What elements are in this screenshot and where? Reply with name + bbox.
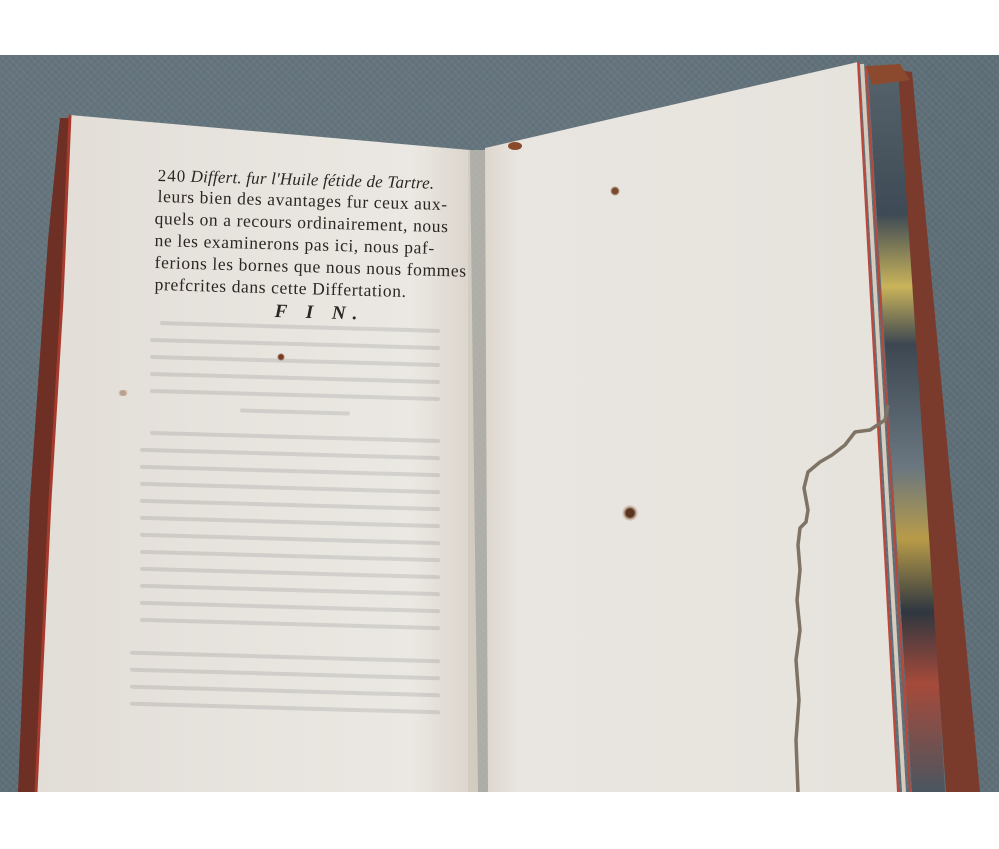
foxing-spot (610, 186, 620, 196)
foxing-spot (622, 505, 638, 521)
end-mark: F I N. (274, 301, 364, 325)
book-illustration (0, 55, 999, 792)
page-number: 240 (157, 166, 186, 186)
foxing-spot (117, 390, 129, 396)
book-photo (0, 55, 999, 792)
